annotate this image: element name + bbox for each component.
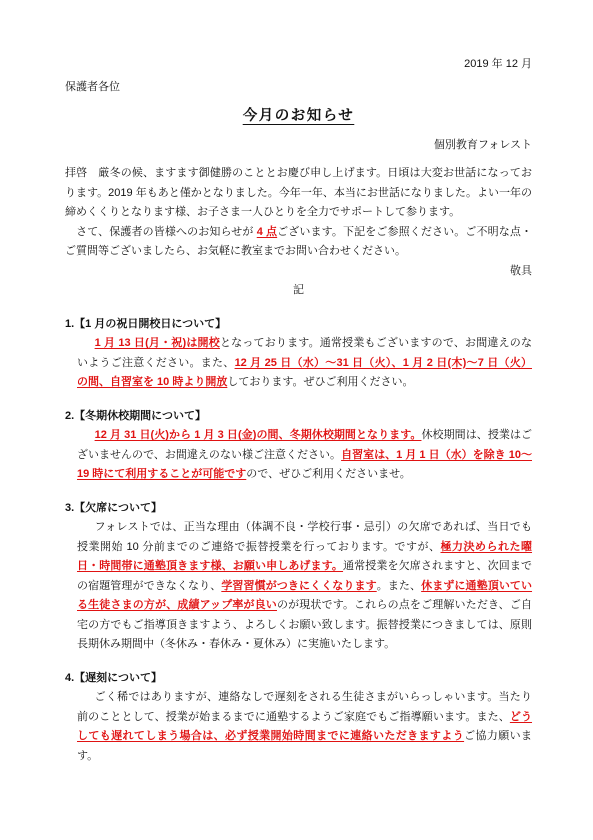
- section-heading: 1.【1 月の祝日開校日について】: [65, 315, 532, 335]
- body-text: ので、ぜひご利用くださいませ。: [246, 468, 410, 480]
- intro-paragraph: 拝啓 厳冬の候、ますます御健勝のこととお慶び申し上げます。日頃は大変お世話になっ…: [65, 164, 532, 223]
- notice-section: 2.【冬期休校期間について】12 月 31 日(火)から 1 月 3 日(金)の…: [65, 407, 532, 485]
- body-text: ごく稀ではありますが、連絡なしで遅刻をされる生徒さまがいらっしゃいます。当たり前…: [77, 691, 532, 723]
- body-text: 。また、: [377, 580, 421, 592]
- section-body: ごく稀ではありますが、連絡なしで遅刻をされる生徒さまがいらっしゃいます。当たり前…: [77, 688, 532, 766]
- notice-section: 4.【遅刻について】ごく稀ではありますが、連絡なしで遅刻をされる生徒さまがいらっ…: [65, 669, 532, 767]
- notice-section: 1.【1 月の祝日開校日について】1 月 13 日(月・祝)は開校となっておりま…: [65, 315, 532, 393]
- closing-word: 敬具: [65, 262, 532, 282]
- section-body: 12 月 31 日(火)から 1 月 3 日(金)の間、冬期休校期間となります。…: [77, 426, 532, 485]
- body-text: 拝啓 厳冬の候、ますます御健勝のこととお慶び申し上げます。日頃は大変お世話になっ…: [65, 167, 532, 218]
- body-text: さて、保護者の皆様へのお知らせが: [65, 226, 257, 238]
- body-text: しております。ぜひご利用ください。: [227, 376, 413, 388]
- section-heading: 4.【遅刻について】: [65, 669, 532, 689]
- title-row: 今月のお知らせ: [65, 105, 532, 128]
- intro-paragraph: さて、保護者の皆様へのお知らせが 4 点ございます。下記をご参照ください。ご不明…: [65, 223, 532, 262]
- highlighted-text: 12 月 31 日(火)から 1 月 3 日(金)の間、冬期休校期間となります。: [95, 429, 422, 441]
- notice-section: 3.【欠席について】フォレストでは、正当な理由（体調不良・学校行事・忌引）の欠席…: [65, 499, 532, 655]
- record-mark: 記: [65, 281, 532, 301]
- section-body: フォレストでは、正当な理由（体調不良・学校行事・忌引）の欠席であれば、当日でも授…: [77, 518, 532, 655]
- intro-paragraphs: 拝啓 厳冬の候、ますます御健勝のこととお慶び申し上げます。日頃は大変お世話になっ…: [65, 164, 532, 262]
- highlighted-text: 学習習慣がつきにくくなります: [221, 580, 376, 592]
- highlighted-text: 1 月 13 日(月・祝)は開校: [95, 337, 220, 349]
- addressee: 保護者各位: [65, 78, 532, 98]
- highlighted-text: 4 点: [257, 226, 277, 238]
- section-body: 1 月 13 日(月・祝)は開校となっております。通常授業もございますので、お間…: [77, 334, 532, 393]
- section-heading: 3.【欠席について】: [65, 499, 532, 519]
- sender-name: 個別教育フォレスト: [65, 136, 532, 156]
- document-date: 2019 年 12 月: [65, 55, 532, 75]
- document-page: 2019 年 12 月 保護者各位 今月のお知らせ 個別教育フォレスト 拝啓 厳…: [0, 0, 593, 840]
- document-title: 今月のお知らせ: [243, 108, 355, 124]
- section-heading: 2.【冬期休校期間について】: [65, 407, 532, 427]
- notice-sections: 1.【1 月の祝日開校日について】1 月 13 日(月・祝)は開校となっておりま…: [65, 315, 532, 767]
